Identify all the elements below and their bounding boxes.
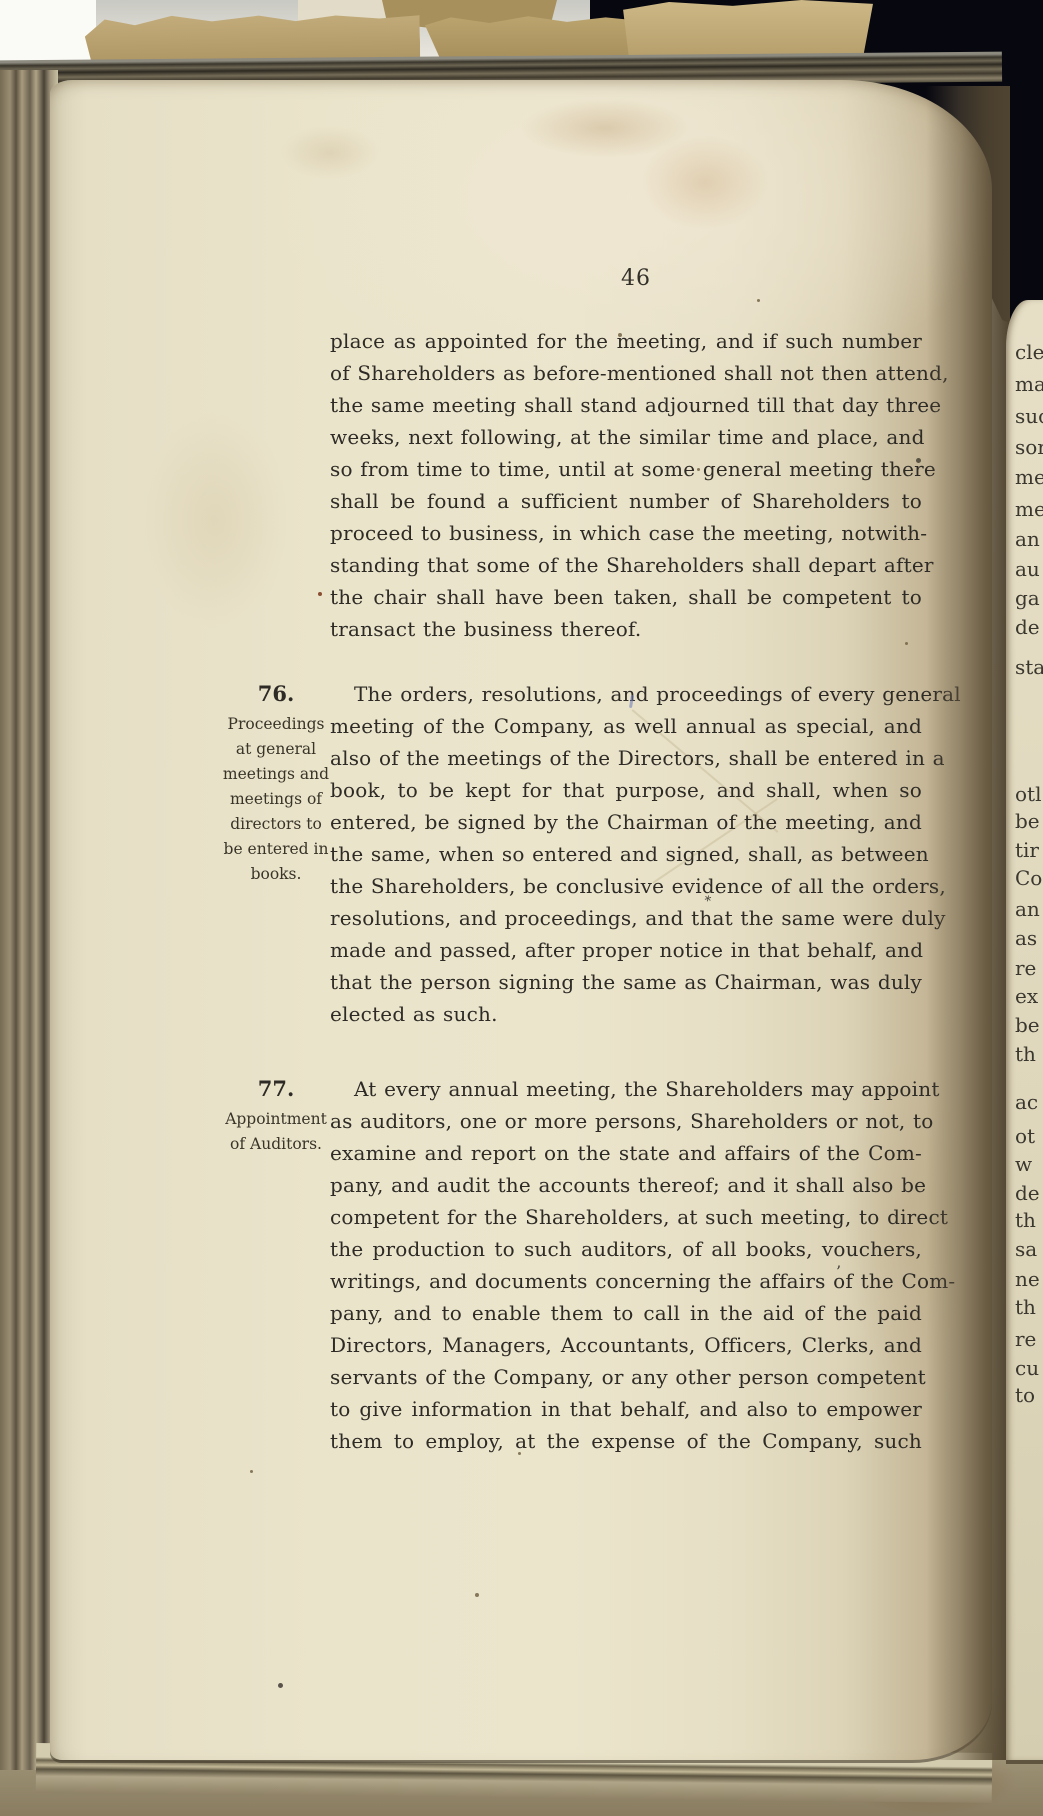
text-line: proceed to business, in which case the m… — [330, 517, 922, 549]
text-line: to give information in that behalf, and … — [330, 1393, 922, 1425]
next-page-text-fragment: ga — [1015, 586, 1040, 610]
next-page-text-fragment: as — [1015, 926, 1037, 950]
text-line: entered, be signed by the Chairman of th… — [330, 806, 922, 838]
next-page-text-fragment: me — [1015, 497, 1043, 521]
next-page-text-fragment: Co — [1015, 866, 1042, 890]
text-line: The orders, resolutions, and proceedings… — [330, 678, 922, 710]
text-line: servants of the Company, or any other pe… — [330, 1361, 922, 1393]
book-scan: 46 place as appointed for the meeting, a… — [0, 0, 1043, 1816]
text-line: so from time to time, until at some gene… — [330, 453, 922, 485]
next-page-text-fragment: re — [1015, 1327, 1036, 1351]
paragraph-76: The orders, resolutions, and proceedings… — [330, 678, 922, 1030]
next-page-text-fragment: de — [1015, 615, 1040, 639]
ink-speck — [250, 1470, 253, 1473]
next-page-text-fragment: sor — [1015, 435, 1043, 459]
text-line: writings, and documents concerning the a… — [330, 1265, 922, 1297]
next-page-text-fragment: tir — [1015, 838, 1039, 862]
next-page-text-fragment: th — [1015, 1208, 1036, 1232]
text-line: standing that some of the Shareholders s… — [330, 549, 922, 581]
ink-speck — [475, 1593, 479, 1597]
next-page-text-fragment: th — [1015, 1042, 1036, 1066]
text-line: the same meeting shall stand adjourned t… — [330, 389, 922, 421]
text-line: the same, when so entered and signed, sh… — [330, 838, 922, 870]
margin-note-76: Proceedings at general meetings and meet… — [220, 712, 332, 887]
text-line: them to employ, at the expense of the Co… — [330, 1425, 922, 1457]
next-page-text-fragment: be — [1015, 1013, 1040, 1037]
section-number-76: 76. — [220, 678, 332, 710]
text-line: meeting of the Company, as well annual a… — [330, 710, 922, 742]
next-page-text-fragment: ex — [1015, 984, 1038, 1008]
page-number: 46 — [594, 266, 678, 291]
stain — [640, 135, 770, 230]
next-page-text-fragment: cle — [1015, 340, 1043, 364]
text-line: weeks, next following, at the similar ti… — [330, 421, 922, 453]
text-line: resolutions, and proceedings, and that t… — [330, 902, 922, 934]
next-page-text-fragment: sa — [1015, 1237, 1037, 1261]
next-page-text-fragment: cu — [1015, 1356, 1039, 1380]
next-page-text-fragment: de — [1015, 1181, 1040, 1205]
apostrophe-mark: ’ — [836, 1262, 841, 1281]
next-page-text-fragment: sta — [1015, 655, 1043, 679]
next-page-text-fragment: re — [1015, 956, 1036, 980]
next-page-text-fragment: w — [1015, 1152, 1032, 1176]
stain — [280, 125, 380, 180]
text-line: pany, and to enable them to call in the … — [330, 1297, 922, 1329]
paragraph-continuation: place as appointed for the meeting, and … — [330, 325, 922, 645]
next-page-text-fragment: au — [1015, 557, 1040, 581]
text-line: book, to be kept for that purpose, and s… — [330, 774, 922, 806]
next-page-text-fragment: th — [1015, 1295, 1036, 1319]
stain — [140, 410, 290, 630]
text-line: elected as such. — [330, 998, 922, 1030]
text-line: that the person signing the same as Chai… — [330, 966, 922, 998]
text-line: the chair shall have been taken, shall b… — [330, 581, 922, 613]
next-page-sliver: cle ma suc sor me me an au ga de sta otl… — [1006, 300, 1043, 1760]
text-line: as auditors, one or more persons, Shareh… — [330, 1105, 922, 1137]
next-page-text-fragment: ma — [1015, 372, 1043, 396]
next-page-text-fragment: to — [1015, 1383, 1035, 1407]
next-page-text-fragment: me — [1015, 465, 1043, 489]
next-page-text-fragment: otl — [1015, 782, 1041, 806]
text-line: of Shareholders as before-mentioned shal… — [330, 357, 922, 389]
text-line: examine and report on the state and affa… — [330, 1137, 922, 1169]
next-page-text-fragment: ot — [1015, 1124, 1035, 1148]
next-page-text-fragment: ac — [1015, 1090, 1038, 1114]
next-page-text-fragment: be — [1015, 809, 1040, 833]
next-page-text-fragment: an — [1015, 897, 1040, 921]
section-number-77: 77. — [220, 1073, 332, 1105]
text-line: place as appointed for the meeting, and … — [330, 325, 922, 357]
ink-dot — [318, 592, 322, 596]
text-line: shall be found a sufficient number of Sh… — [330, 485, 922, 517]
ink-speck — [278, 1683, 283, 1688]
next-page-text-fragment: an — [1015, 527, 1040, 551]
text-line: also of the meetings of the Directors, s… — [330, 742, 922, 774]
text-line: the production to such auditors, of all … — [330, 1233, 922, 1265]
next-page-text-fragment: ne — [1015, 1267, 1040, 1291]
text-line: the Shareholders, be conclusive evidence… — [330, 870, 922, 902]
text-line: Directors, Managers, Accountants, Office… — [330, 1329, 922, 1361]
text-line: transact the business thereof. — [330, 613, 922, 645]
margin-note-77: Appointment of Auditors. — [220, 1107, 332, 1157]
ink-speck — [757, 299, 760, 302]
page-gutter-shadow — [926, 86, 1010, 1760]
text-line: made and passed, after proper notice in … — [330, 934, 922, 966]
next-page-text-fragment: suc — [1015, 404, 1043, 428]
paragraph-77: At every annual meeting, the Shareholder… — [330, 1073, 922, 1457]
text-line: pany, and audit the accounts thereof; an… — [330, 1169, 922, 1201]
text-line: competent for the Shareholders, at such … — [330, 1201, 922, 1233]
text-line: At every annual meeting, the Shareholder… — [330, 1073, 922, 1105]
